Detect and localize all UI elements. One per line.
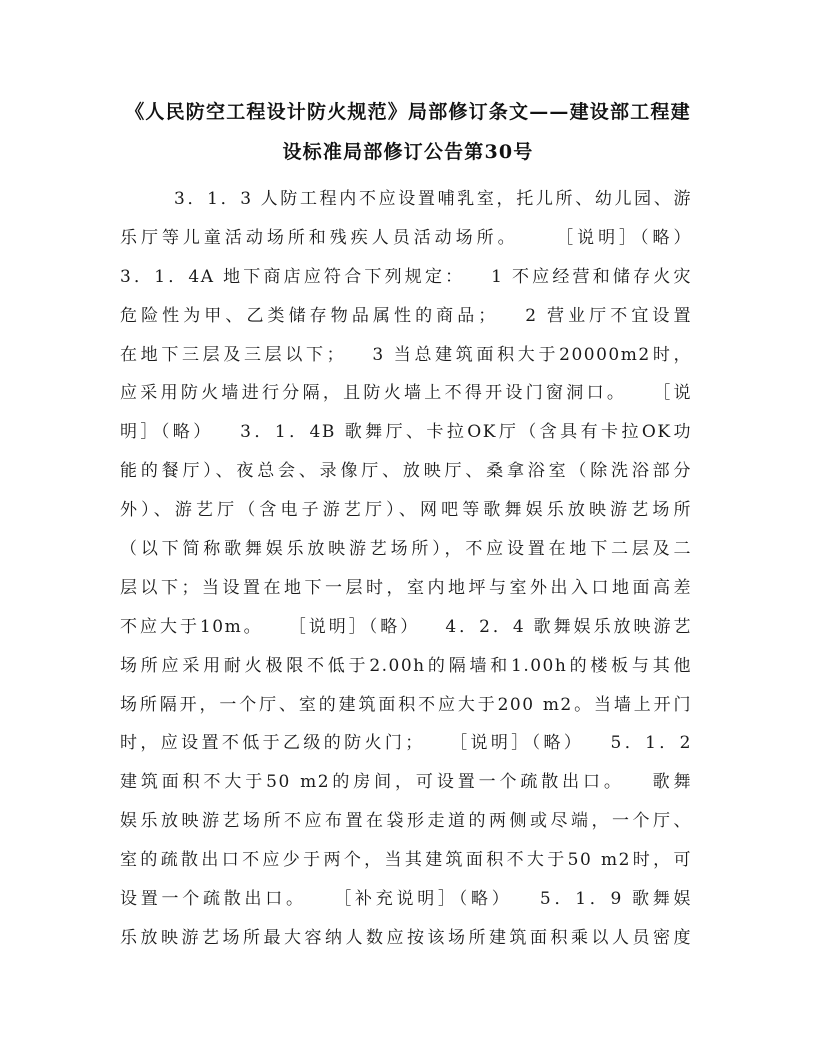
document-page: 《人民防空工程设计防火规范》局部修订条文——建设部工程建 设标准局部修订公告第3…: [0, 0, 816, 1056]
body-line: （以下简称歌舞娱乐放映游艺场所），不应设置在地下二层及二: [120, 530, 692, 569]
body-line: 娱乐放映游艺场所不应布置在袋形走道的两侧或尽端，一个厅、: [120, 802, 692, 841]
title-line-2: 设标准局部修订公告第30号: [110, 132, 706, 172]
title-line-1: 《人民防空工程设计防火规范》局部修订条文——建设部工程建: [110, 92, 706, 132]
body-line: 层以下；当设置在地下一层时，室内地坪与室外出入口地面高差: [120, 569, 692, 608]
body-line: 应采用防火墙进行分隔，且防火墙上不得开设门窗洞口。 ［说: [120, 374, 692, 413]
body-line: 能的餐厅）、夜总会、录像厅、放映厅、桑拿浴室（除洗浴部分: [120, 452, 692, 491]
body-line: 室的疏散出口不应少于两个，当其建筑面积不大于50 m2时，可: [120, 841, 692, 880]
body-line: 乐厅等儿童活动场所和残疾人员活动场所。 ［说明］（略）: [120, 219, 692, 258]
body-line: 3．1．3 人防工程内不应设置哺乳室，托儿所、幼儿园、游: [120, 180, 692, 219]
body-line: 明］（略） 3．1．4B 歌舞厅、卡拉OK厅（含具有卡拉OK功: [120, 413, 692, 452]
body-line: 外）、游艺厅（含电子游艺厅）、网吧等歌舞娱乐放映游艺场所: [120, 491, 692, 530]
document-title: 《人民防空工程设计防火规范》局部修订条文——建设部工程建 设标准局部修订公告第3…: [110, 92, 706, 172]
body-line: 乐放映游艺场所最大容纳人数应按该场所建筑面积乘以人员密度: [120, 919, 692, 958]
body-line: 时，应设置不低于乙级的防火门； ［说明］（略） 5．1．2: [120, 724, 692, 763]
body-line: 不应大于10m。 ［说明］（略） 4．2．4 歌舞娱乐放映游艺: [120, 608, 692, 647]
document-body: 3．1．3 人防工程内不应设置哺乳室，托儿所、幼儿园、游 乐厅等儿童活动场所和残…: [120, 180, 692, 958]
body-line: 场所隔开，一个厅、室的建筑面积不应大于200 m2。当墙上开门: [120, 686, 692, 725]
body-line: 3．1．4A 地下商店应符合下列规定： 1 不应经营和储存火灾: [120, 258, 692, 297]
body-line: 建筑面积不大于50 m2的房间，可设置一个疏散出口。 歌舞: [120, 763, 692, 802]
body-line: 设置一个疏散出口。 ［补充说明］（略） 5．1．9 歌舞娱: [120, 880, 692, 919]
body-line: 在地下三层及三层以下； 3 当总建筑面积大于20000m2时，: [120, 336, 692, 375]
body-line: 场所应采用耐火极限不低于2.00h的隔墙和1.00h的楼板与其他: [120, 647, 692, 686]
body-line: 危险性为甲、乙类储存物品属性的商品； 2 营业厅不宜设置: [120, 297, 692, 336]
